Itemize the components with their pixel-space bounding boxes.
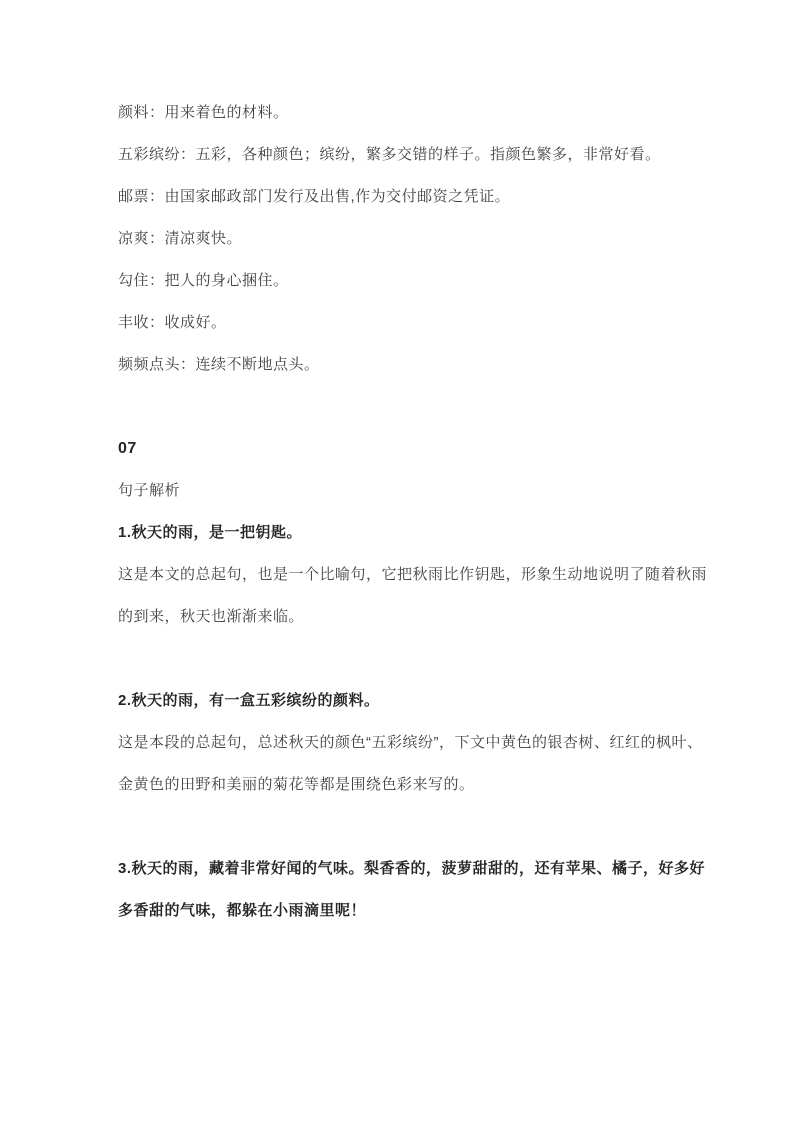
- definition-line-gouzhu: 勾住：把人的身心捆住。: [118, 260, 675, 302]
- section-title: 句子解析: [118, 470, 675, 512]
- sentence-2-analysis-line-2: 金黄色的田野和美丽的菊花等都是围绕色彩来写的。: [118, 764, 675, 806]
- definition-line-yanliao: 颜料：用来着色的材料。: [118, 92, 675, 134]
- blank-line: [118, 638, 675, 680]
- sentence-1-analysis-line-1: 这是本文的总起句，也是一个比喻句，它把秋雨比作钥匙，形象生动地说明了随着秋雨: [118, 554, 675, 596]
- sentence-3-heading-line-1: 3.秋天的雨，藏着非常好闻的气味。梨香香的，菠萝甜甜的，还有苹果、橘子，好多好: [118, 848, 675, 890]
- blank-line: [118, 806, 675, 848]
- section-number: 07: [118, 428, 675, 470]
- sentence-3-heading-line-2: 多香甜的气味，都躲在小雨滴里呢！: [118, 890, 675, 932]
- definition-line-youpiao: 邮票：由国家邮政部门发行及出售,作为交付邮资之凭证。: [118, 176, 675, 218]
- sentence-1-heading: 1.秋天的雨，是一把钥匙。: [118, 512, 675, 554]
- sentence-2-analysis-line-1: 这是本段的总起句，总述秋天的颜色“五彩缤纷”，下文中黄色的银杏树、红红的枫叶、: [118, 722, 675, 764]
- sentence-2-heading: 2.秋天的雨，有一盒五彩缤纷的颜料。: [118, 680, 675, 722]
- definition-line-liangshuang: 凉爽：清凉爽快。: [118, 218, 675, 260]
- definition-line-fengshou: 丰收：收成好。: [118, 302, 675, 344]
- definition-line-pinpindiantou: 频频点头：连续不断地点头。: [118, 344, 675, 386]
- definition-line-wucaibinfen: 五彩缤纷：五彩，各种颜色；缤纷，繁多交错的样子。指颜色繁多，非常好看。: [118, 134, 675, 176]
- sentence-1-analysis-line-2: 的到来，秋天也渐渐来临。: [118, 596, 675, 638]
- blank-line: [118, 386, 675, 428]
- document-page: 颜料：用来着色的材料。 五彩缤纷：五彩，各种颜色；缤纷，繁多交错的样子。指颜色繁…: [0, 0, 793, 1122]
